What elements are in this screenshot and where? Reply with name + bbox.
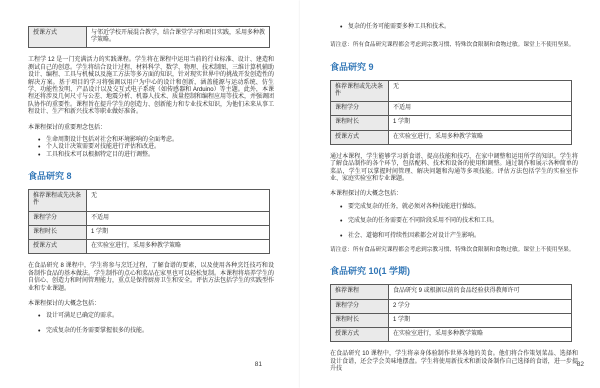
page-81-content: 授课方式 与邻近学校开展混合教学，结合课堂学习和项目实践，采用多种教学策略。 工…	[0, 0, 300, 335]
table-row-value: 2 学分	[389, 299, 572, 313]
big-ideas-title: 本课程探讨的大概念包括：	[28, 301, 274, 308]
food-studies-8-description: 在食品研究 8 课程中，学生将参与烹饪过程，了解食谱的要素，以及使用各种烹饪技巧…	[28, 263, 274, 293]
table-row: 课程时长 1 学期	[29, 225, 270, 239]
list-item: 工具和技术可以根据特定目的进行调整。	[38, 152, 274, 159]
engineering-12-description: 工程学 12 是一门充满活力的实践课程。学生将在课程中运用当前的行业标准、设计、…	[28, 57, 274, 116]
table-row-label: 课程学分	[331, 102, 389, 116]
food-studies-9-description: 通过本课程，学生能够学习新食谱、提高技能和技巧，在家中调整和运用所学的知识。学生…	[330, 154, 578, 184]
page-81: 授课方式 与邻近学校开展混合教学，结合课堂学习和项目实践，采用多种教学策略。 工…	[0, 0, 300, 388]
list-item: 社会、道德和可持续性因素都会对设计产生影响。	[340, 233, 578, 240]
table-row-value: 在实验室进行，采用多种教学策略	[389, 130, 572, 144]
table-row: 授课方式 在实验室进行，采用多种教学策略	[331, 130, 572, 144]
table-row-value: 无	[87, 190, 270, 211]
list-item: 完成复杂的任务需要掌握很多的技能。	[38, 328, 274, 335]
table-row: 课程时长 1 学期	[331, 313, 572, 327]
big-ideas-title: 本课程探讨的大概念包括：	[330, 191, 578, 198]
table-row-value: 不适用	[389, 102, 572, 116]
allergy-note: 请注意：所有食品研究课程都会考虑到宗教习惯、特殊饮食限制和食物过敏。课堂上不使用…	[330, 42, 578, 49]
carryover-bullet-list: 复杂的任务可能需要多种工具和技术。	[330, 24, 578, 31]
food-studies-10-description: 在食品研究 10 课程中，学生将亲身体验制作世界各地的美食。他们将合作策划菜品、…	[330, 351, 578, 373]
key-concepts-list: 生命周期设计包括对社会和环境影响的全面考虑。 个人设计决策需要对技能进行评估和改…	[28, 137, 274, 159]
food-studies-10-info-table: 推荐课程 食品研究 9 或根据以前的食品经验获得教师许可 课程学分 2 学分 课…	[330, 284, 572, 342]
table-row-label: 授课方式	[331, 130, 389, 144]
table-row-label: 授课方式	[29, 240, 87, 254]
table-row-label: 推荐课程或先决条件	[331, 80, 389, 101]
page-number-82: 82	[577, 361, 584, 368]
big-ideas-list: 要完成复杂的任务，就必须对各种技能进行操练。 完成复杂的任务需要在不同阶段采用不…	[330, 204, 578, 240]
table-row: 课程学分 不适用	[331, 102, 572, 116]
list-item: 完成复杂的任务需要在不同阶段采用不同的技术和工具。	[340, 218, 578, 225]
course-title-food-studies-9: 食品研究 9	[330, 60, 578, 73]
table-row-label: 课程时长	[29, 225, 87, 239]
table-row-label: 推荐课程或先决条件	[29, 190, 87, 211]
list-item: 个人设计决策需要对技能进行评估和改进。	[38, 144, 274, 151]
key-concepts-title: 本课程探讨的重要理念包括：	[28, 125, 274, 132]
table-row-label: 课程学分	[29, 211, 87, 225]
list-item: 设计可满足已确定的需求。	[38, 313, 274, 320]
table-row-label: 推荐课程	[331, 285, 389, 299]
delivery-method-table: 授课方式 与邻近学校开展混合教学，结合课堂学习和项目实践，采用多种教学策略。	[28, 26, 270, 48]
table-row: 推荐课程 食品研究 9 或根据以前的食品经验获得教师许可	[331, 285, 572, 299]
table-row: 推荐课程或先决条件 无	[331, 80, 572, 101]
food-studies-9-info-table: 推荐课程或先决条件 无 课程学分 不适用 课程时长 1 学期 授课方式 在实验室…	[330, 80, 572, 145]
table-row-value: 1 学期	[389, 116, 572, 130]
list-item: 复杂的任务可能需要多种工具和技术。	[340, 24, 578, 31]
table-row: 课程学分 不适用	[29, 211, 270, 225]
big-ideas-list: 设计可满足已确定的需求。 完成复杂的任务需要掌握很多的技能。	[28, 313, 274, 335]
table-row: 推荐课程或先决条件 无	[29, 190, 270, 211]
list-item: 要完成复杂的任务，就必须对各种技能进行操练。	[340, 204, 578, 211]
course-title-food-studies-8: 食品研究 8	[28, 169, 274, 182]
table-row-label: 课程学分	[331, 299, 389, 313]
table-row-label: 授课方式	[29, 27, 87, 48]
table-row-value: 1 学期	[87, 225, 270, 239]
page-number-81: 81	[255, 361, 262, 368]
table-row-value: 在实验室进行，采用多种教学策略	[389, 328, 572, 342]
table-row-value: 在实验室进行，采用多种教学策略	[87, 240, 270, 254]
page-82: 复杂的任务可能需要多种工具和技术。 请注意：所有食品研究课程都会考虑到宗教习惯、…	[300, 0, 600, 388]
food-studies-8-info-table: 推荐课程或先决条件 无 课程学分 不适用 课程时长 1 学期 授课方式 在实验室…	[28, 189, 270, 254]
table-row-value: 无	[389, 80, 572, 101]
page-82-content: 复杂的任务可能需要多种工具和技术。 请注意：所有食品研究课程都会考虑到宗教习惯、…	[300, 0, 600, 374]
table-row-value: 与邻近学校开展混合教学，结合课堂学习和项目实践，采用多种教学策略。	[87, 27, 270, 48]
document-spread: 授课方式 与邻近学校开展混合教学，结合课堂学习和项目实践，采用多种教学策略。 工…	[0, 0, 600, 388]
table-row: 授课方式 与邻近学校开展混合教学，结合课堂学习和项目实践，采用多种教学策略。	[29, 27, 270, 48]
table-row-label: 课程时长	[331, 116, 389, 130]
table-row-value: 不适用	[87, 211, 270, 225]
table-row: 授课方式 在实验室进行，采用多种教学策略	[331, 328, 572, 342]
allergy-note: 请注意：所有食品研究课程都会考虑到宗教习惯、特殊饮食限制和食物过敏。课堂上不使用…	[330, 247, 578, 254]
table-row: 课程时长 1 学期	[331, 116, 572, 130]
table-row-label: 课程时长	[331, 313, 389, 327]
table-row: 课程学分 2 学分	[331, 299, 572, 313]
table-row: 授课方式 在实验室进行，采用多种教学策略	[29, 240, 270, 254]
table-row-value: 食品研究 9 或根据以前的食品经验获得教师许可	[389, 285, 572, 299]
course-title-food-studies-10: 食品研究 10(1 学期)	[330, 264, 578, 277]
table-row-value: 1 学期	[389, 313, 572, 327]
table-row-label: 授课方式	[331, 328, 389, 342]
